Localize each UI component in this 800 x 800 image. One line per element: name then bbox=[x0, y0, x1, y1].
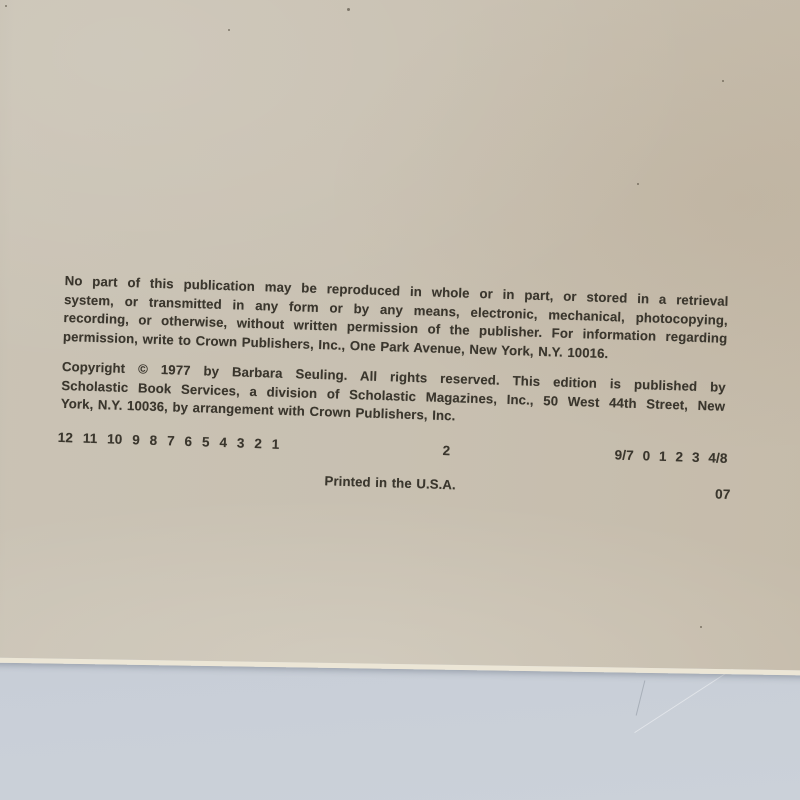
copyright-text-block: No part of this publication may be repro… bbox=[57, 272, 728, 533]
print-run-numbers: 12 11 10 9 8 7 6 5 4 3 2 1 bbox=[58, 430, 280, 453]
surface-scratch bbox=[634, 668, 734, 733]
paper-speck bbox=[347, 8, 350, 11]
print-run-row: 12 11 10 9 8 7 6 5 4 3 2 1 2 9/7 0 1 2 3… bbox=[60, 430, 724, 468]
printed-in-row: Printed in the U.S.A. 07 bbox=[58, 465, 722, 503]
paper-speck bbox=[228, 29, 230, 31]
paper-speck bbox=[722, 80, 724, 82]
printer-code: 07 bbox=[715, 487, 731, 503]
paper-speck bbox=[700, 626, 702, 628]
surface-scratch bbox=[636, 680, 646, 715]
paper-speck bbox=[5, 5, 7, 7]
copyright-notice-paragraph: Copyright © 1977 by Barbara Seuling. All… bbox=[61, 358, 726, 435]
photo-of-book-copyright-page: No part of this publication may be repro… bbox=[0, 0, 800, 800]
edition-code: 9/7 0 1 2 3 4/8 bbox=[614, 447, 727, 467]
printed-in-usa-text: Printed in the U.S.A. bbox=[324, 473, 456, 493]
center-number: 2 bbox=[442, 443, 450, 459]
paper-speck bbox=[637, 183, 639, 185]
